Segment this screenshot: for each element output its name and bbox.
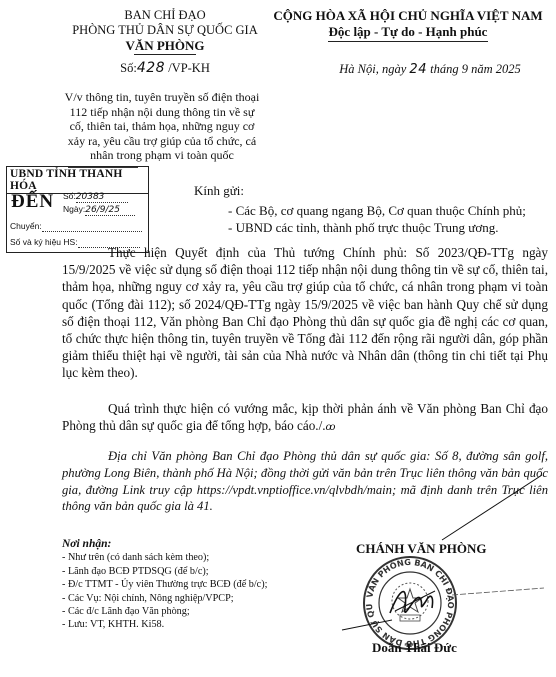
stamp-date-row: Ngày:26/9/25	[63, 204, 135, 216]
addressee-item: - Các Bộ, cơ quang ngang Bộ, Cơ quan thu…	[228, 203, 526, 219]
recipient-item: - Đ/c TTMT - Ủy viên Thường trực BCĐ (để…	[62, 578, 267, 591]
recipient-item: - Lãnh đạo BCĐ PTDSQG (để b/c);	[62, 565, 267, 578]
stamp-number-label: Số:	[63, 191, 76, 201]
received-stamp: UBND TỈNH THANH HÓA ĐẾN Số:20383 Ngày:26…	[6, 166, 149, 253]
stamp-date-label: Ngày:	[63, 204, 85, 214]
recipient-item: - Các Vụ: Nội chính, Nông nghiệp/VPCP;	[62, 592, 267, 605]
national-header: CỘNG HÒA XÃ HỘI CHỦ NGHĨA VIỆT NAM Độc l…	[270, 8, 546, 42]
recipients-title: Nơi nhận:	[62, 538, 267, 551]
body-paragraph-2: Quá trình thực hiện có vướng mắc, kịp th…	[62, 400, 548, 436]
issuing-authority-header: BAN CHỈ ĐẠO PHÒNG THỦ DÂN SỰ QUỐC GIA VĂ…	[60, 8, 270, 76]
end-mark: ꝏ	[326, 422, 336, 433]
body-paragraph-2-text: Quá trình thực hiện có vướng mắc, kịp th…	[62, 401, 548, 433]
office-underline	[134, 54, 196, 55]
document-number-prefix: Số:	[120, 61, 137, 75]
date-day-handwritten: 24	[409, 62, 427, 77]
office-name: VĂN PHÒNG	[60, 38, 270, 53]
recipient-item: - Như trên (có danh sách kèm theo);	[62, 551, 267, 564]
org-name-line2: PHÒNG THỦ DÂN SỰ QUỐC GIA	[60, 23, 270, 38]
stamp-number-row: Số:20383	[63, 191, 128, 203]
document-number: Số:428 /VP-KH	[60, 61, 270, 76]
stamp-den-label: ĐẾN	[11, 191, 54, 213]
date-suffix: tháng 9 năm 2025	[430, 62, 521, 76]
motto-underline	[328, 41, 488, 42]
org-name-line1: BAN CHỈ ĐẠO	[60, 8, 270, 23]
stamp-number-value: 20383	[76, 192, 105, 202]
issue-date: Hà Nội, ngày 24 tháng 9 năm 2025	[310, 62, 550, 77]
subject-line: V/v thông tin, tuyên truyền số điện thoạ…	[62, 90, 262, 163]
stamp-header: UBND TỈNH THANH HÓA	[7, 167, 148, 194]
recipients-block: Nơi nhận: - Như trên (có danh sách kèm t…	[62, 538, 267, 632]
body-paragraph-1: Thực hiện Quyết định của Thủ tướng Chính…	[62, 244, 548, 382]
addressee-item: - UBND các tỉnh, thành phố trực thuộc Tr…	[228, 220, 498, 236]
stamp-transfer-label: Chuyển:	[10, 221, 42, 231]
nation-name: CỘNG HÒA XÃ HỘI CHỦ NGHĨA VIỆT NAM	[270, 8, 546, 24]
stamp-transfer-row: Chuyển:	[10, 221, 142, 232]
date-prefix: Hà Nội, ngày	[339, 62, 406, 76]
signer-name: Doãn Thái Đức	[372, 640, 457, 656]
document-number-suffix: /VP-KH	[168, 61, 210, 75]
document-number-handwritten: 428	[137, 60, 165, 76]
recipient-item: - Các đ/c Lãnh đạo Văn phòng;	[62, 605, 267, 618]
national-motto: Độc lập - Tự do - Hạnh phúc	[270, 24, 546, 40]
recipient-item: - Lưu: VT, KHTH. Ki58.	[62, 618, 267, 631]
addressee-label: Kính gửi:	[194, 183, 244, 199]
stamp-date-value: 26/9/25	[85, 205, 120, 215]
